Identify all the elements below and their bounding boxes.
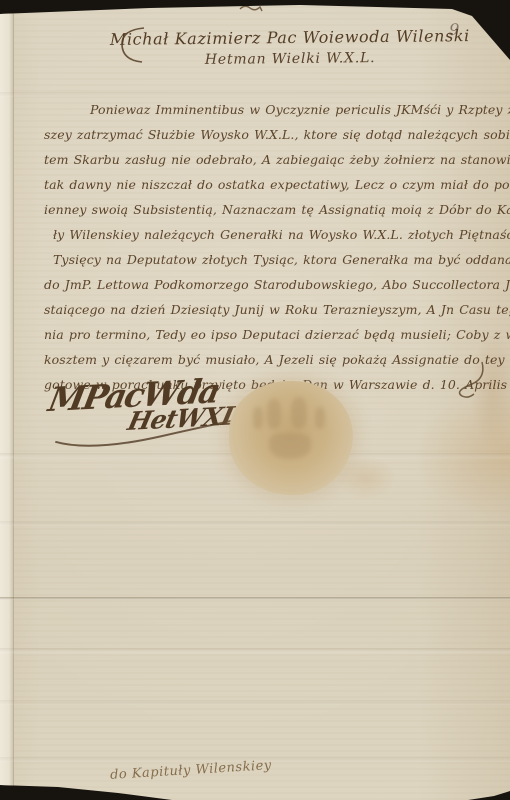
manuscript-line: Tysięcy na Deputatow złotych Tysiąc, kto… [44, 247, 506, 272]
manuscript-line: Poniewaz Imminentibus w Oyczyznie pericu… [44, 97, 506, 122]
manuscript-line: ienney swoią Subsistentią, Naznaczam tę … [44, 197, 506, 222]
manuscript-line: szey zatrzymać Służbie Woysko W.X.L., kt… [44, 122, 506, 147]
manuscript-body: Poniewaz Imminentibus w Oyczyznie pericu… [44, 97, 506, 397]
seal-detail [253, 407, 263, 429]
crease-line [0, 700, 510, 705]
manuscript-line: do JmP. Lettowa Podkomorzego Starodubows… [44, 272, 506, 297]
date-flourish-icon [452, 360, 486, 400]
photo-background: { "page": { "folio_number": "9", "headin… [0, 0, 510, 800]
manuscript-line: tak dawny nie niszczał do ostatka expect… [44, 172, 506, 197]
manuscript-line: nia pro termino, Tedy eo ipso Deputaci d… [44, 322, 506, 347]
page-binding-edge [0, 0, 14, 800]
wax-seal [229, 381, 353, 495]
seal-detail [267, 399, 281, 429]
seal-detail [315, 407, 325, 429]
heading-line-2: Hetman Wielki W.X.L. [105, 49, 475, 69]
manuscript-line: ły Wilenskiey należących Generałki na Wo… [44, 222, 506, 247]
manuscript-line: staiącego na dzień Dziesiąty Junij w Rok… [44, 297, 506, 322]
top-ink-mark-icon [238, 2, 264, 14]
document-heading: Michał Kazimierz Pac Woiewoda Wilenski H… [105, 26, 475, 69]
heading-line-1: Michał Kazimierz Pac Woiewoda Wilenski [105, 26, 475, 49]
seal-detail [269, 433, 311, 459]
document-page: 9 Michał Kazimierz Pac Woiewoda Wilenski… [0, 0, 510, 800]
crease-line [0, 597, 510, 600]
crease-line [0, 648, 510, 655]
docket-note: do Kapituły Wilenskiey [110, 758, 272, 783]
seal-detail [291, 397, 307, 429]
manuscript-line: tem Skarbu zasług nie odebrało, A zabieg… [44, 147, 506, 172]
crease-line [0, 521, 510, 526]
